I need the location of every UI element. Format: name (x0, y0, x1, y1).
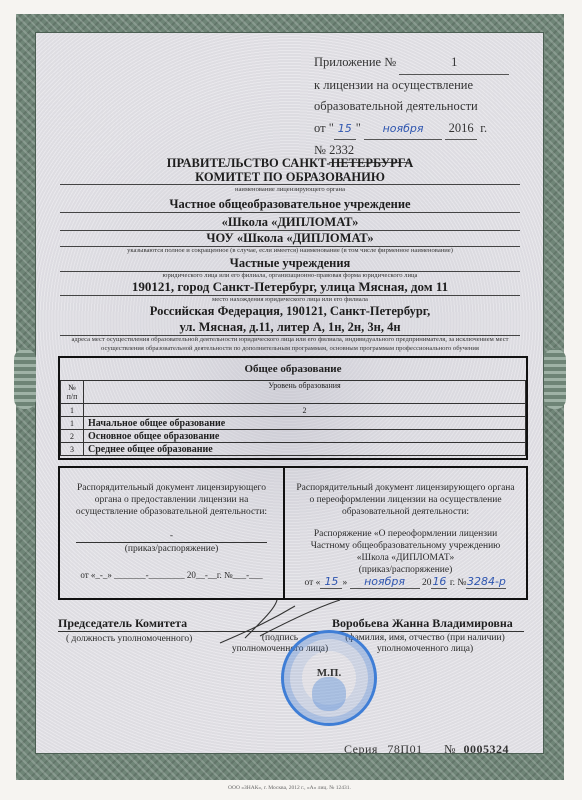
education-levels-table: Общее образование № п/п Уровень образова… (58, 356, 528, 460)
coat-of-arms-icon (312, 677, 346, 711)
signer-position: Председатель Комитета (58, 616, 187, 631)
org-full-name-1: Частное общеобразовательное учреждение (60, 196, 520, 213)
right-border-ornament (544, 349, 566, 409)
appendix-header: Приложение № 1 к лицензии на осуществлен… (314, 52, 514, 163)
printer-imprint: ООО «ЗНАК», г. Москва, 2012 г., «А» лиц.… (228, 785, 351, 791)
series-value: 78П01 (387, 742, 422, 756)
form-series: Серия 78П01 № 0005324 (344, 742, 509, 757)
appendix-line1: к лицензии на осуществление (314, 75, 514, 97)
reissue-value-2: Частному общеобразовательному учреждению (285, 540, 526, 552)
row-level: Основное общее образование (84, 430, 526, 443)
org-name-caption: указываются полное и сокращенное (в случ… (60, 247, 520, 255)
position-caption: ( должность уполномоченного) (66, 633, 192, 645)
license-month: ноября (364, 118, 442, 141)
activity-address-caption: адреса мест осуществления образовательно… (60, 336, 520, 353)
row-level: Начальное общее образование (84, 417, 526, 430)
table-row: 1 Начальное общее образование (61, 417, 526, 430)
org-legal-form: Частные учреждения (60, 255, 520, 272)
reissue-month: ноября (350, 576, 420, 589)
licensing-authority: ПРАВИТЕЛЬСТВО САНКТ-ПЕТЕРБУРГА КОМИТЕТ П… (60, 156, 520, 185)
row-num: 3 (61, 443, 84, 456)
index-cell: 1 (61, 404, 84, 417)
index-cell: 2 (84, 404, 526, 417)
from-label: от « (305, 578, 321, 588)
reissue-number: 3284-р (466, 576, 506, 589)
year-suffix: г. (480, 121, 487, 135)
activity-address: Российская Федерация, 190121, Санкт-Пете… (60, 303, 520, 336)
year-prefix: 20 (422, 578, 432, 588)
authority-line1: ПРАВИТЕЛЬСТВО САНКТ-ПЕТЕРБУРГА (60, 156, 520, 170)
official-stamp: М.П. (281, 630, 377, 726)
series-label: Серия (344, 742, 378, 756)
administrative-documents: Распорядительный документ лицензирующего… (58, 466, 528, 600)
reissue-value-1: Распоряжение «О переоформлении лицензии (285, 528, 526, 540)
left-border-ornament (14, 349, 36, 409)
appendix-line2: образовательной деятельности (314, 96, 514, 118)
org-short-name: ЧОУ «Школа «ДИПЛОМАТ» (60, 230, 520, 247)
table-row: 2 Основное общее образование (61, 430, 526, 443)
license-number-label: № (314, 143, 326, 157)
form-number-label: № (444, 742, 456, 756)
signer-name: Воробьева Жанна Владимировна (332, 616, 513, 631)
grant-date-line: от «_-_» _______-________ 20__-__г. №___… (60, 569, 283, 581)
appendix-number: 1 (399, 52, 509, 75)
header-num: № п/п (61, 381, 84, 404)
reissue-document-box: Распорядительный документ лицензирующего… (285, 468, 526, 598)
reissue-year: 16 (431, 576, 447, 589)
reissue-date-line: от «15» ноября 2016 г. №3284-р (285, 576, 526, 589)
org-address: 190121, город Санкт-Петербург, улица Мяс… (60, 279, 520, 296)
row-level: Среднее общее образование (84, 443, 526, 456)
authority-caption: наименование лицензирующего органа (60, 186, 520, 194)
number-label: г. № (450, 578, 467, 588)
table-row: 3 Среднее общее образование (61, 443, 526, 456)
table-index-row: 1 2 (61, 404, 526, 417)
grant-type-caption: (приказ/распоряжение) (60, 543, 283, 555)
table-title: Общее образование (60, 358, 526, 380)
authority-line2: КОМИТЕТ ПО ОБРАЗОВАНИЮ (60, 170, 520, 185)
education-table: № п/п Уровень образования 1 2 1 Начально… (60, 380, 526, 456)
org-full-name-2: «Школа «ДИПЛОМАТ» (60, 214, 520, 231)
row-num: 2 (61, 430, 84, 443)
appendix-label: Приложение № (314, 55, 396, 69)
header-level: Уровень образования (84, 381, 526, 404)
reissue-document-title: Распорядительный документ лицензирующего… (285, 468, 526, 518)
grant-document-value: - (76, 530, 267, 543)
form-number: 0005324 (464, 742, 510, 756)
reissue-value-3: «Школа «ДИПЛОМАТ» (285, 552, 526, 564)
activity-address-line1: Российская Федерация, 190121, Санкт-Пете… (60, 303, 520, 319)
row-num: 1 (61, 417, 84, 430)
reissue-day: 15 (320, 576, 342, 589)
activity-address-line2: ул. Мясная, д.11, литер А, 1н, 2н, 3н, 4… (60, 319, 520, 336)
grant-document-box: Распорядительный документ лицензирующего… (60, 468, 285, 598)
license-day: 15 (334, 118, 356, 141)
license-year: 2016 (445, 118, 477, 141)
grant-document-title: Распорядительный документ лицензирующего… (60, 468, 283, 518)
from-label: от (314, 121, 326, 135)
table-header-row: № п/п Уровень образования (61, 381, 526, 404)
